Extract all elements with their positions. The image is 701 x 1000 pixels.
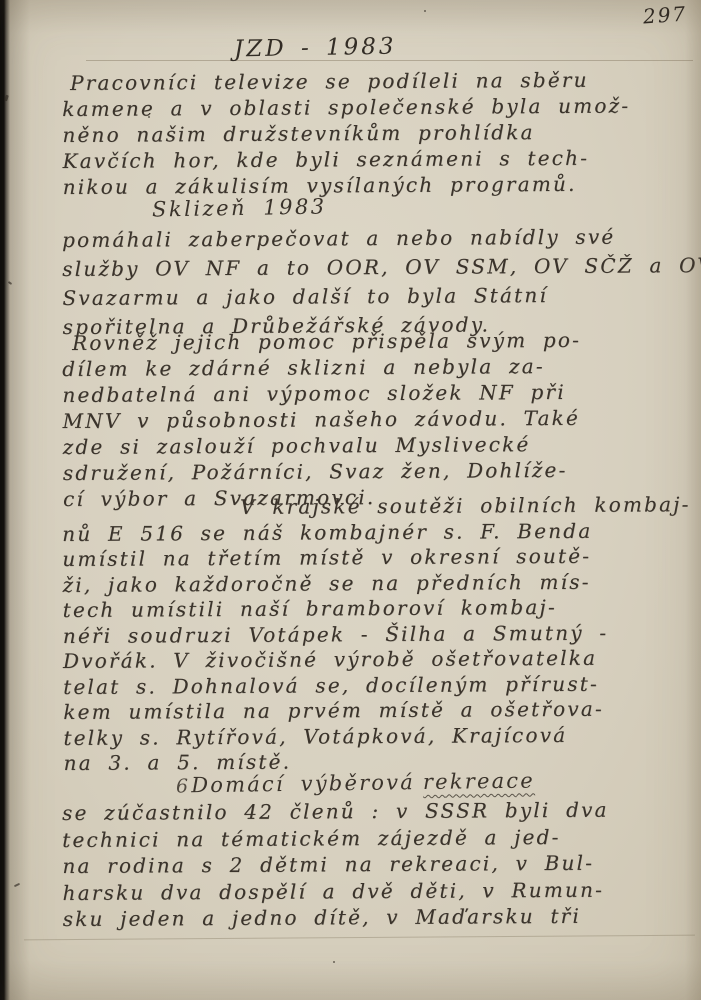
handwriting-line: služby OV NF a to OOR, OV SSM, OV SČŽ a … <box>62 251 687 284</box>
section-heading-rekreace: 6Domácí výběrovárekreace <box>176 768 535 797</box>
handwriting-line: Dvořák. V živočišné výrobě ošetřovatelka <box>63 645 688 674</box>
paragraph-soutez: V krajské soutěži obilních kombaj- nů E … <box>62 492 689 776</box>
handwriting-line: technici na tématickém zájezdě a jed- <box>62 823 687 853</box>
ink-speck <box>333 961 335 963</box>
handwriting-line: kamene a v oblasti společenské byla umož… <box>62 92 687 122</box>
handwriting-line: telky s. Rytířová, Votápková, Krajícová <box>63 722 688 751</box>
handwriting-line: Svazarmu a jako další to byla Státní <box>62 280 687 313</box>
page-title: JZD - 1983 <box>234 34 397 63</box>
handwriting-line: nikou a zákulisím vysílaných programů. <box>63 170 688 200</box>
handwriting-line: Kavčích hor, kde byli seznámeni s tech- <box>62 144 687 174</box>
paragraph-rekreace: se zúčastnilo 42 členů : v SSSR byli dva… <box>62 796 688 932</box>
handwriting-line: tech umístili naší bramboroví kombaj- <box>63 594 688 623</box>
handwriting-line: harsku dva dospělí a dvě děti, v Rumun- <box>62 876 687 906</box>
handwriting-line: kem umístila na prvém místě a ošetřova- <box>63 696 688 725</box>
subheading-sklizen: Sklizeň 1983 <box>152 194 327 221</box>
handwriting-line: Pracovníci televize se podíleli na sběru <box>62 66 687 96</box>
handwriting-line: umístil na třetím místě v okresní soutě- <box>62 543 687 572</box>
handwriting-line: MNV v působnosti našeho závodu. Také <box>62 404 687 434</box>
ink-speck <box>14 883 20 887</box>
ink-speck <box>424 10 426 12</box>
handwriting-line: telat s. Dohnalová se, docíleným přírust… <box>63 671 688 700</box>
handwriting-line: nedbatelná ani výpomoc složek NF při <box>62 378 687 408</box>
handwriting-line: V krajské soutěži obilních kombaj- <box>62 492 687 521</box>
pen-flourish: 6 <box>176 775 191 797</box>
handwriting-line: sku jeden a jedno dítě, v Maďarsku tři <box>63 902 688 932</box>
heading-text: Domácí výběrová <box>191 770 415 797</box>
chronicle-page: 297 JZD - 1983 Pracovníci televize se po… <box>0 0 701 1000</box>
handwriting-line: něno našim družstevníkům prohlídka <box>62 118 687 148</box>
handwriting-line: pomáhali zaberpečovat a nebo nabídly své <box>62 222 687 255</box>
handwriting-line: dílem ke zdárné sklizni a nebyla za- <box>62 352 687 382</box>
handwriting-line: néři soudruzi Votápek - Šilha a Smutný - <box>63 620 688 649</box>
paragraph-sluzby: pomáhali zaberpečovat a nebo nabídly své… <box>62 222 688 342</box>
underlined-word: rekreace <box>423 768 535 794</box>
page-number: 297 <box>642 1 688 28</box>
scan-binding-edge <box>0 0 10 1000</box>
handwriting-line: se zúčastnilo 42 členů : v SSSR byli dva <box>62 796 687 826</box>
handwriting-line: sdružení, Požárníci, Svaz žen, Dohlíže- <box>63 456 688 486</box>
paragraph-television: Pracovníci televize se podíleli na sběru… <box>62 66 688 200</box>
paragraph-pomoc: Rovněž jejich pomoc přispěla svým po- dí… <box>62 326 688 512</box>
handwriting-line: zde si zaslouží pochvalu Myslivecké <box>63 430 688 460</box>
handwriting-line: Rovněž jejich pomoc přispěla svým po- <box>62 326 687 356</box>
handwriting-line: nů E 516 se náš kombajnér s. F. Benda <box>62 518 687 547</box>
pencil-rule-bottom <box>24 935 695 941</box>
pencil-rule-top <box>86 60 693 61</box>
handwriting-line: na rodina s 2 dětmi na rekreaci, v Bul- <box>62 849 687 879</box>
ink-speck <box>148 116 150 118</box>
handwriting-line: ži, jako každoročně se na předních mís- <box>62 569 687 598</box>
